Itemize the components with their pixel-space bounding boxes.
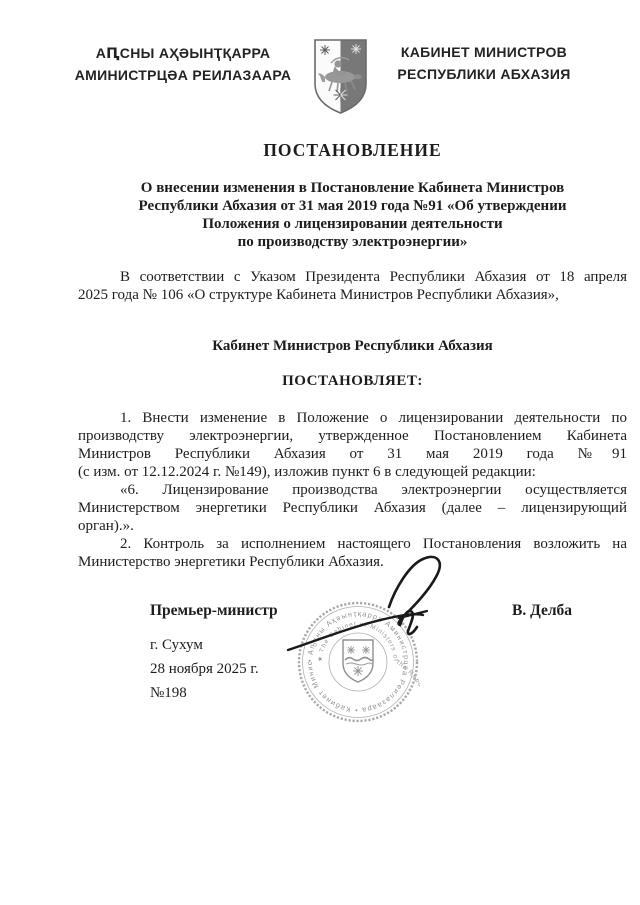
text-line: 1. Внести изменение в Положение о лиценз…	[78, 409, 627, 427]
text-line: «6. Лицензирование производства электроэ…	[78, 481, 627, 499]
resolution-word: ПОСТАНОВЛЯЕТ:	[78, 372, 627, 390]
text-line: В соответствии с Указом Президента Респу…	[78, 268, 627, 286]
document-number: №198	[150, 685, 187, 702]
signature-city: г. Сухум	[150, 637, 203, 654]
resolution-items: 1. Внести изменение в Положение о лиценз…	[78, 409, 627, 571]
text-line: 2025 года № 106 «О структуре Кабинета Ми…	[78, 286, 627, 304]
document-page: АԤСНЫ АҲӘЫНҬҚАРРА АМИНИСТРЦӘА РЕИЛАЗААРА	[0, 0, 640, 905]
text-line: Министерством энергетики Республики Абха…	[78, 499, 627, 517]
coat-of-arms-icon	[312, 37, 369, 116]
text-line: производству электроэнергии, утвержденно…	[78, 427, 627, 445]
signer-post-title: Премьер-министр	[150, 602, 278, 620]
preamble-paragraph: В соответствии с Указом Президента Респу…	[78, 268, 627, 304]
org-name-abkhaz-line1: АԤСНЫ АҲӘЫНҬҚАРРА	[58, 42, 308, 64]
document-subject: О внесении изменения в Постановление Каб…	[78, 179, 627, 251]
text-line: орган).».	[78, 517, 627, 535]
issuer-line: Кабинет Министров Республики Абхазия	[78, 337, 627, 355]
org-name-abkhaz: АԤСНЫ АҲӘЫНҬҚАРРА АМИНИСТРЦӘА РЕИЛАЗААРА	[58, 42, 308, 86]
signature-date: 28 ноября 2025 г.	[150, 661, 259, 678]
subject-line: О внесении изменения в Постановление Каб…	[78, 179, 627, 197]
subject-line: Положения о лицензировании деятельности	[78, 215, 627, 233]
org-name-russian-line2: РЕСПУБЛИКИ АБХАЗИЯ	[378, 63, 590, 85]
document-type-title: ПОСТАНОВЛЕНИЕ	[78, 140, 627, 161]
subject-line: по производству электроэнергии»	[78, 233, 627, 251]
subject-line: Республики Абхазия от 31 мая 2019 года №…	[78, 197, 627, 215]
document-body: ПОСТАНОВЛЕНИЕ О внесении изменения в Пос…	[78, 140, 627, 571]
text-line: Министров Республики Абхазия от 31 мая 2…	[78, 445, 627, 463]
signer-name: В. Делба	[512, 602, 572, 620]
org-name-russian-line1: КАБИНЕТ МИНИСТРОВ	[378, 41, 590, 63]
handwritten-signature	[281, 551, 466, 666]
text-line: (с изм. от 12.12.2024 г. №149), изложив …	[78, 463, 627, 481]
org-name-abkhaz-line2: АМИНИСТРЦӘА РЕИЛАЗААРА	[58, 64, 308, 86]
org-name-russian: КАБИНЕТ МИНИСТРОВ РЕСПУБЛИКИ АБХАЗИЯ	[378, 41, 590, 85]
